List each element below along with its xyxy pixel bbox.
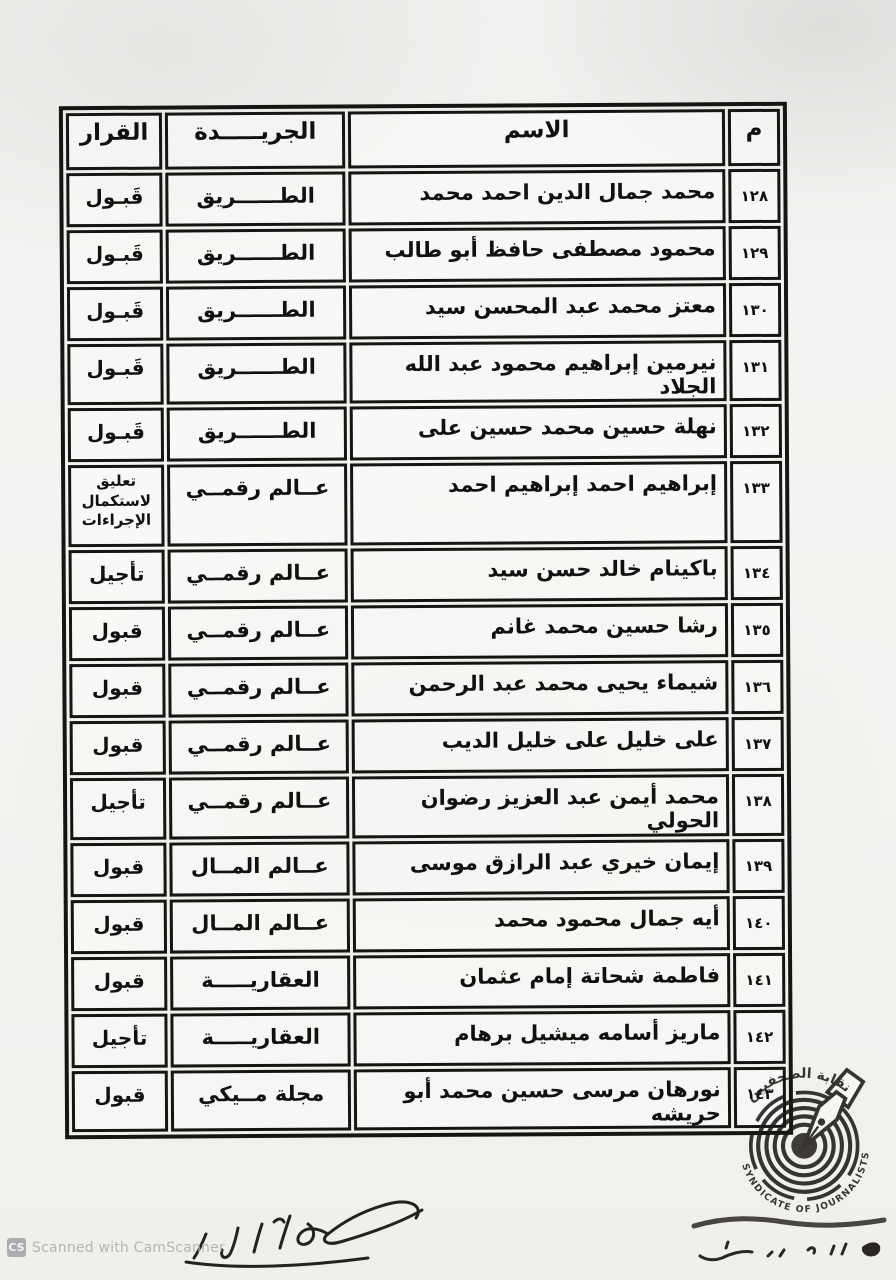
newspaper-cell: عــالم رقمــي <box>169 720 350 775</box>
name-cell: محمود مصطفى حافظ أبو طالب <box>349 226 726 282</box>
table-row: ١٣٦شيماء يحيى محمد عبد الرحمنعــالم رقمـ… <box>69 660 783 718</box>
table-row: ١٣٨محمد أيمن عبد العزيز رضوان الحوليعــا… <box>70 774 784 840</box>
table-row: ١٣٣إبراهيم احمد إبراهيم احمدعــالم رقمــ… <box>68 461 782 547</box>
table-row: ١٤٢ماريز أسامه ميشيل برهامالعقاريـــــةت… <box>71 1009 785 1067</box>
table-row: ١٣٩إيمان خيري عبد الرازق موسىعــالم المـ… <box>70 838 784 896</box>
row-number-cell: ١٣٠ <box>729 283 781 337</box>
row-number-cell: ١٣٢ <box>730 404 782 458</box>
decision-cell: قبول <box>71 899 167 954</box>
header-decision: القرار <box>66 113 162 171</box>
name-cell: نورهان مرسى حسين محمد أبو حريشه <box>354 1067 731 1131</box>
decision-cell: قبول <box>69 607 165 662</box>
newspaper-cell: مجلة مــيكي <box>171 1069 352 1131</box>
table-row: ١٣٠معتز محمد عبد المحسن سيدالطــــــريقق… <box>67 283 781 341</box>
table-row: ١٢٩محمود مصطفى حافظ أبو طالبالطــــــريق… <box>67 226 781 284</box>
table-body: ١٢٨محمد جمال الدين احمد محمدالطــــــريق… <box>66 169 786 1132</box>
table-row: ١٣٧على خليل على خليل الديبعــالم رقمــيق… <box>70 717 784 775</box>
newspaper-cell: عــالم رقمــي <box>168 663 349 718</box>
newspaper-cell: العقاريـــــة <box>170 955 351 1010</box>
row-number-cell: ١٣٩ <box>732 838 784 892</box>
header-name: الاسم <box>348 109 725 168</box>
row-number-cell: ١٣٨ <box>732 774 784 836</box>
newspaper-cell: الطــــــريق <box>166 342 347 404</box>
name-cell: أيه جمال محمود محمد <box>353 896 730 952</box>
table-row: ١٤٣نورهان مرسى حسين محمد أبو حريشهمجلة م… <box>72 1066 786 1132</box>
row-number-cell: ١٣٣ <box>730 461 783 543</box>
camscanner-watermark: CS Scanned with CamScanner <box>7 1238 225 1257</box>
newspaper-cell: الطــــــريق <box>166 228 347 283</box>
row-number-cell: ١٣٤ <box>730 546 782 600</box>
name-cell: على خليل على خليل الديب <box>352 717 729 773</box>
name-cell: إبراهيم احمد إبراهيم احمد <box>350 461 727 545</box>
newspaper-cell: عــالم رقمــي <box>169 777 350 839</box>
decision-cell: قبول <box>69 664 165 719</box>
newspaper-cell: الطــــــريق <box>166 285 347 340</box>
name-cell: محمد أيمن عبد العزيز رضوان الحولي <box>352 774 729 838</box>
decision-cell: قَبـول <box>67 344 163 406</box>
row-number-cell: ١٤٠ <box>733 895 785 949</box>
header-number: م <box>728 109 780 166</box>
newspaper-cell: عــالم رقمــي <box>167 464 348 547</box>
decision-cell: قبول <box>72 1070 168 1132</box>
decision-cell: تعليق لاستكمال الإجراءات <box>68 465 165 548</box>
name-cell: نهلة حسين محمد حسين على <box>350 404 727 460</box>
newspaper-cell: عــالم رقمــي <box>168 606 349 661</box>
newspaper-cell: عــالم رقمــي <box>168 549 349 604</box>
row-number-cell: ١٤١ <box>733 952 785 1006</box>
decision-cell: قَبـول <box>68 408 164 463</box>
name-cell: باكينام خالد حسن سيد <box>351 546 728 602</box>
name-cell: إيمان خيري عبد الرازق موسى <box>353 839 730 895</box>
decision-cell: قَبـول <box>67 230 163 285</box>
newspaper-cell: العقاريـــــة <box>171 1012 352 1067</box>
name-cell: رشا حسين محمد غانم <box>351 603 728 659</box>
row-number-cell: ١٣٥ <box>731 603 783 657</box>
name-cell: نيرمين إبراهيم محمود عبد الله الجلاد <box>350 340 727 404</box>
name-cell: فاطمة شحاتة إمام عثمان <box>353 953 730 1009</box>
decision-cell: قَبـول <box>66 173 162 228</box>
decision-cell: تأجيل <box>71 1013 167 1068</box>
handwritten-note <box>688 1208 890 1270</box>
decision-cell: تأجيل <box>69 550 165 605</box>
newspaper-cell: عــالم المــال <box>170 898 351 953</box>
table-row: ١٣١نيرمين إبراهيم محمود عبد الله الجلادا… <box>67 340 781 406</box>
newspaper-cell: عــالم المــال <box>169 841 350 896</box>
decision-cell: قَبـول <box>67 287 163 342</box>
table-row: ١٢٨محمد جمال الدين احمد محمدالطــــــريق… <box>66 169 780 227</box>
decision-cell: تأجيل <box>70 778 166 840</box>
table-row: ١٤١فاطمة شحاتة إمام عثمانالعقاريـــــةقب… <box>71 952 785 1010</box>
table-row: ١٤٠أيه جمال محمود محمدعــالم المــالقبول <box>71 895 785 953</box>
newspaper-cell: الطــــــريق <box>165 171 346 226</box>
camscanner-text: Scanned with CamScanner <box>32 1240 225 1256</box>
newspaper-cell: الطــــــريق <box>167 407 348 462</box>
decision-cell: قبول <box>70 842 166 897</box>
row-number-cell: ١٢٨ <box>728 169 780 223</box>
table-row: ١٣٢نهلة حسين محمد حسين علىالطــــــريققَ… <box>68 404 782 462</box>
handwritten-signature <box>178 1188 438 1278</box>
journalists-decision-table: م الاسم الجريـــــدة القرار ١٢٨محمد جمال… <box>59 102 793 1139</box>
camscanner-icon: CS <box>7 1238 26 1257</box>
row-number-cell: ١٣٧ <box>731 717 783 771</box>
row-number-cell: ١٣٦ <box>731 660 783 714</box>
header-newspaper: الجريـــــدة <box>165 111 346 169</box>
decision-cell: قبول <box>70 721 166 776</box>
name-cell: ماريز أسامه ميشيل برهام <box>354 1010 731 1066</box>
table-row: ١٣٥رشا حسين محمد غانمعــالم رقمــيقبول <box>69 603 783 661</box>
table-header-row: م الاسم الجريـــــدة القرار <box>66 109 780 170</box>
row-number-cell: ١٣١ <box>729 340 781 402</box>
row-number-cell: ١٤٣ <box>734 1066 786 1128</box>
decision-cell: قبول <box>71 956 167 1011</box>
table-row: ١٣٤باكينام خالد حسن سيدعــالم رقمــيتأجي… <box>69 546 783 604</box>
row-number-cell: ١٢٩ <box>728 226 780 280</box>
row-number-cell: ١٤٢ <box>733 1009 785 1063</box>
name-cell: محمد جمال الدين احمد محمد <box>349 169 726 225</box>
name-cell: معتز محمد عبد المحسن سيد <box>349 283 726 339</box>
name-cell: شيماء يحيى محمد عبد الرحمن <box>352 660 729 716</box>
